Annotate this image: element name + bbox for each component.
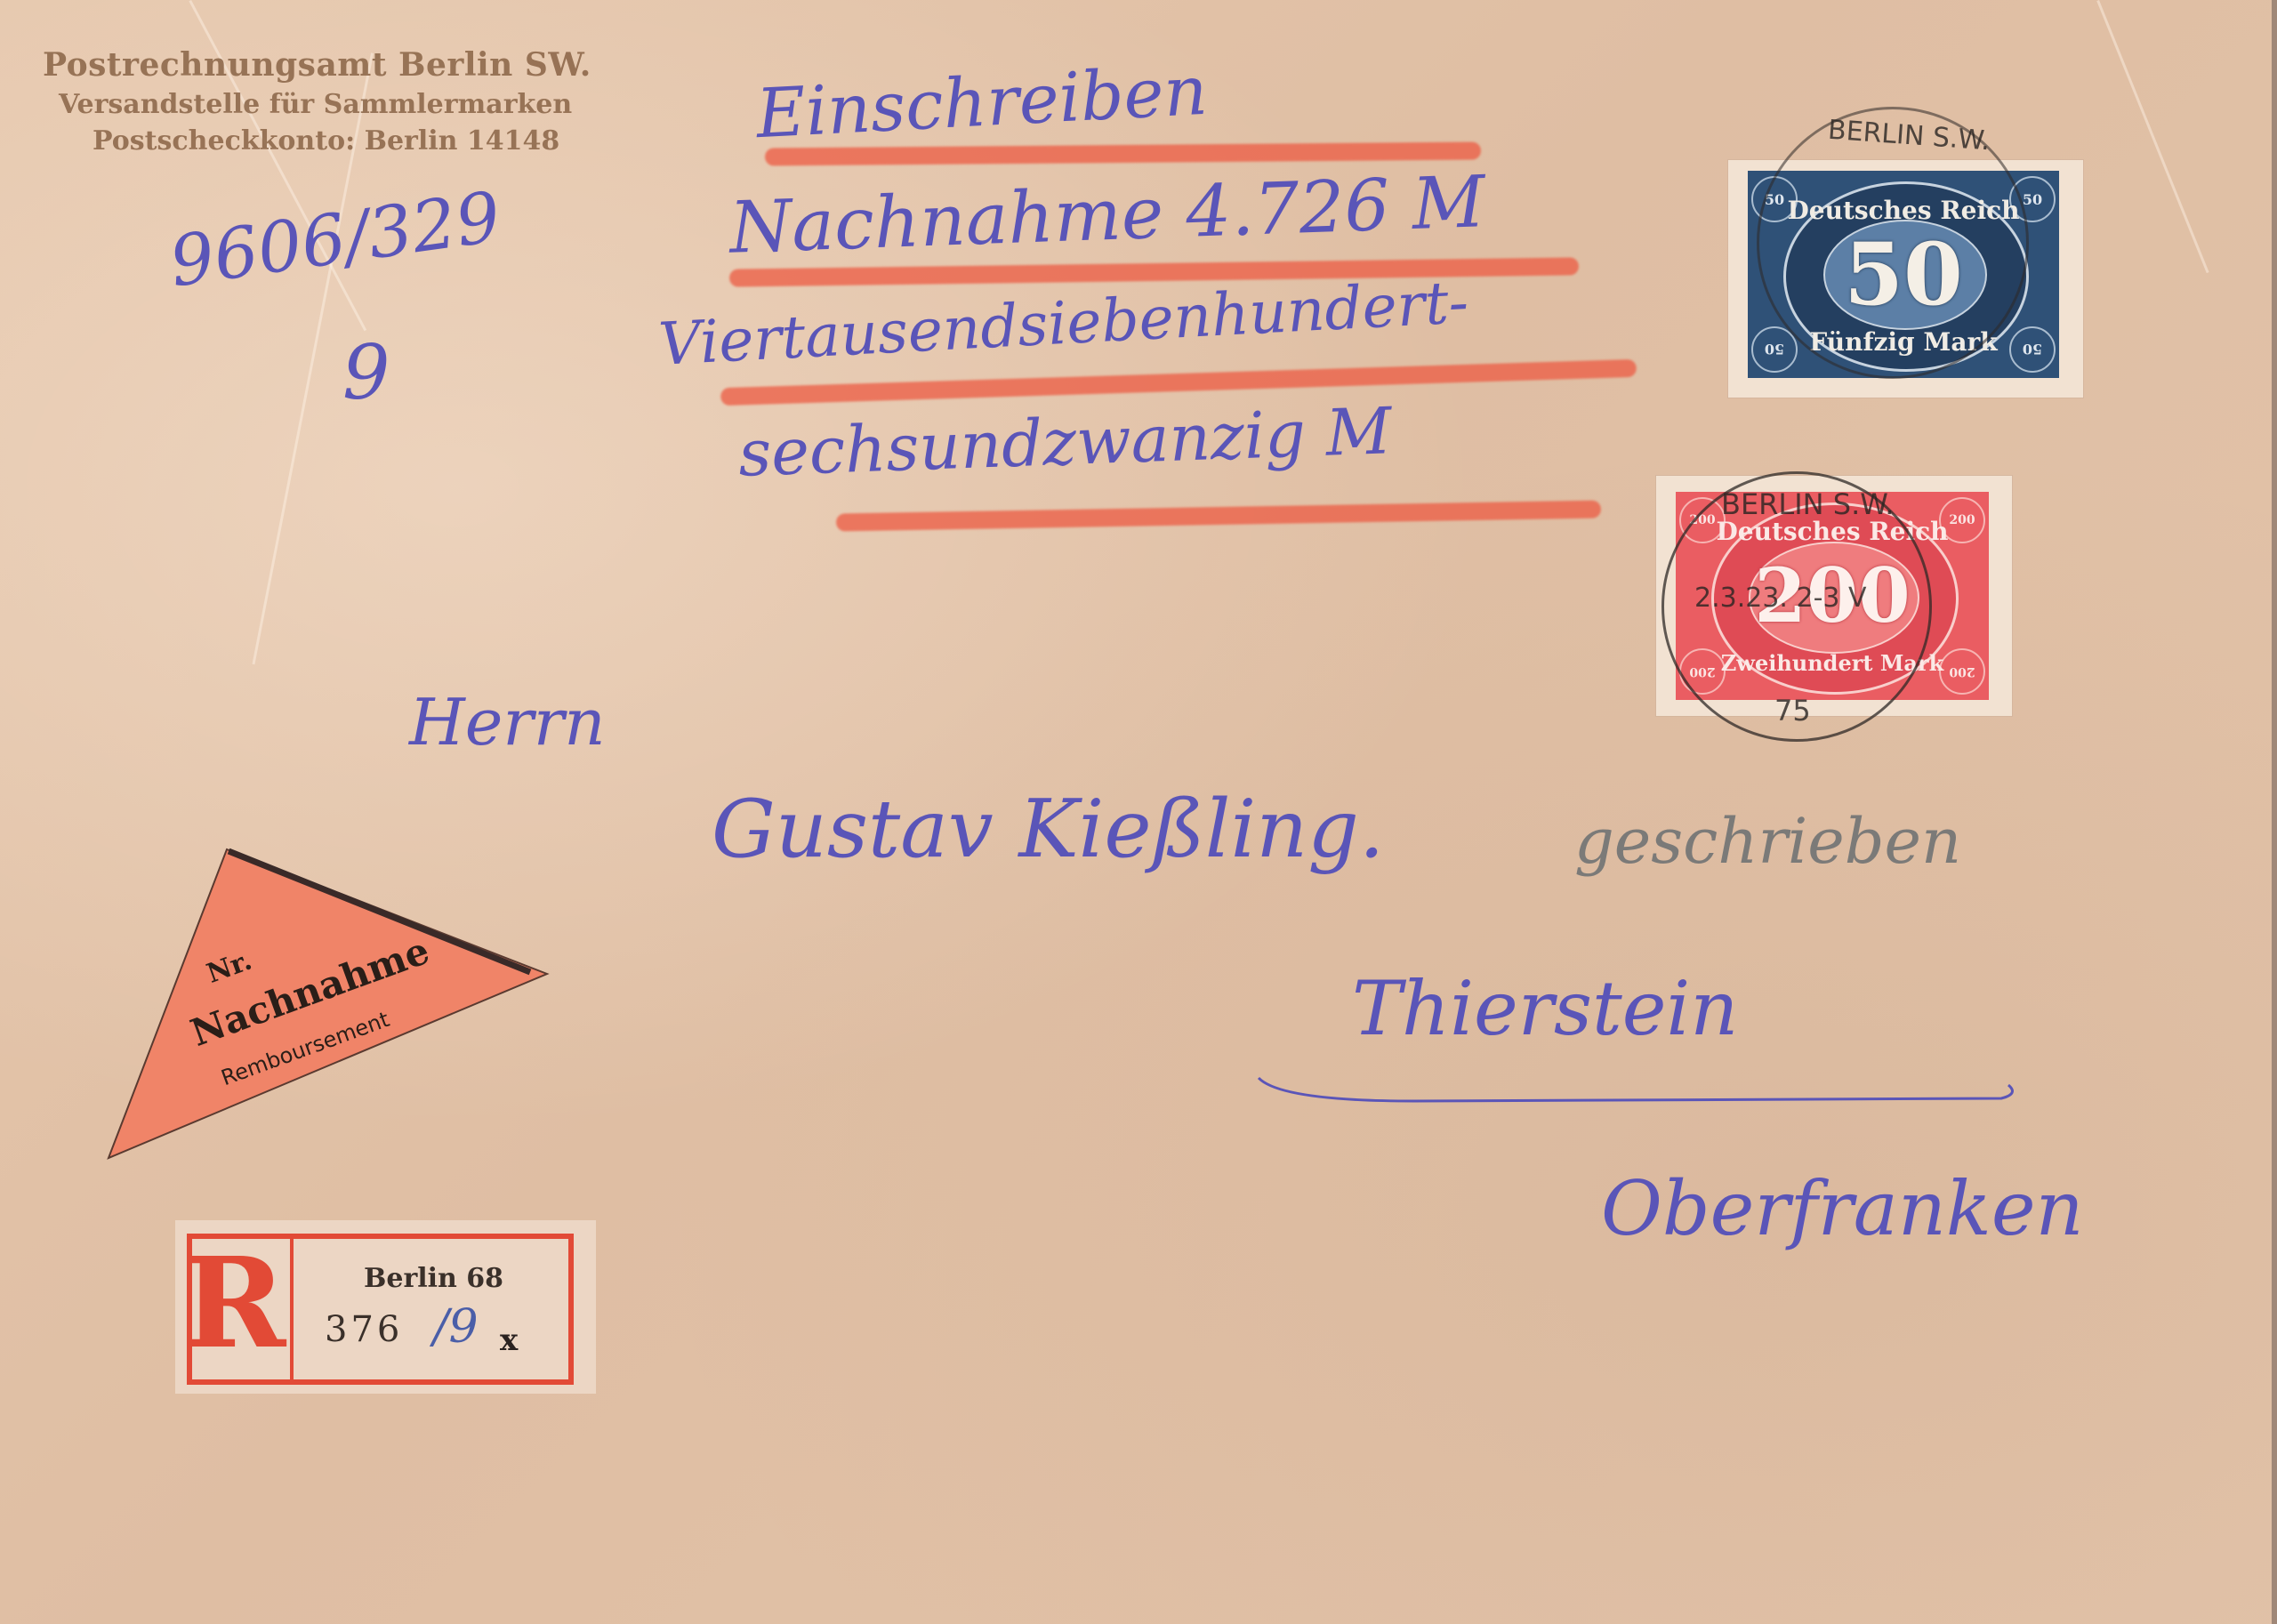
- recipient-name: Gustav Kießling.: [712, 783, 1384, 876]
- registration-label: R Berlin 68 376 /9 x: [175, 1220, 596, 1394]
- postmark-office-number: 75: [1774, 694, 1811, 728]
- town-underline: [1254, 1067, 2019, 1112]
- postmark-date: 2.3.23. 2-3 V: [1694, 583, 1867, 614]
- registration-number: 376: [325, 1309, 403, 1350]
- recipient-region: Oberfranken: [1601, 1165, 2084, 1252]
- registration-office: Berlin 68: [364, 1263, 503, 1294]
- sender-line-3: Postscheckkonto: Berlin 14148: [93, 125, 591, 157]
- recipient-town: Thierstein: [1352, 965, 1738, 1052]
- pencil-annotation: geschrieben: [1574, 805, 1961, 878]
- registration-suffix: /9: [433, 1300, 479, 1354]
- envelope-edge: [2272, 0, 2277, 1624]
- registration-letter: R: [182, 1234, 271, 1374]
- recipient-salutation: Herrn: [409, 685, 606, 760]
- sender-line-2: Versandstelle für Sammlermarken: [59, 89, 591, 120]
- postmark-town: BERLIN S.W.: [1721, 487, 1894, 521]
- registration-mark: x: [500, 1323, 518, 1358]
- sender-line-1: Postrechnungsamt Berlin SW.: [43, 46, 591, 84]
- reference-sub: 9: [342, 329, 390, 416]
- sender-stamp: Postrechnungsamt Berlin SW. Versandstell…: [43, 46, 591, 157]
